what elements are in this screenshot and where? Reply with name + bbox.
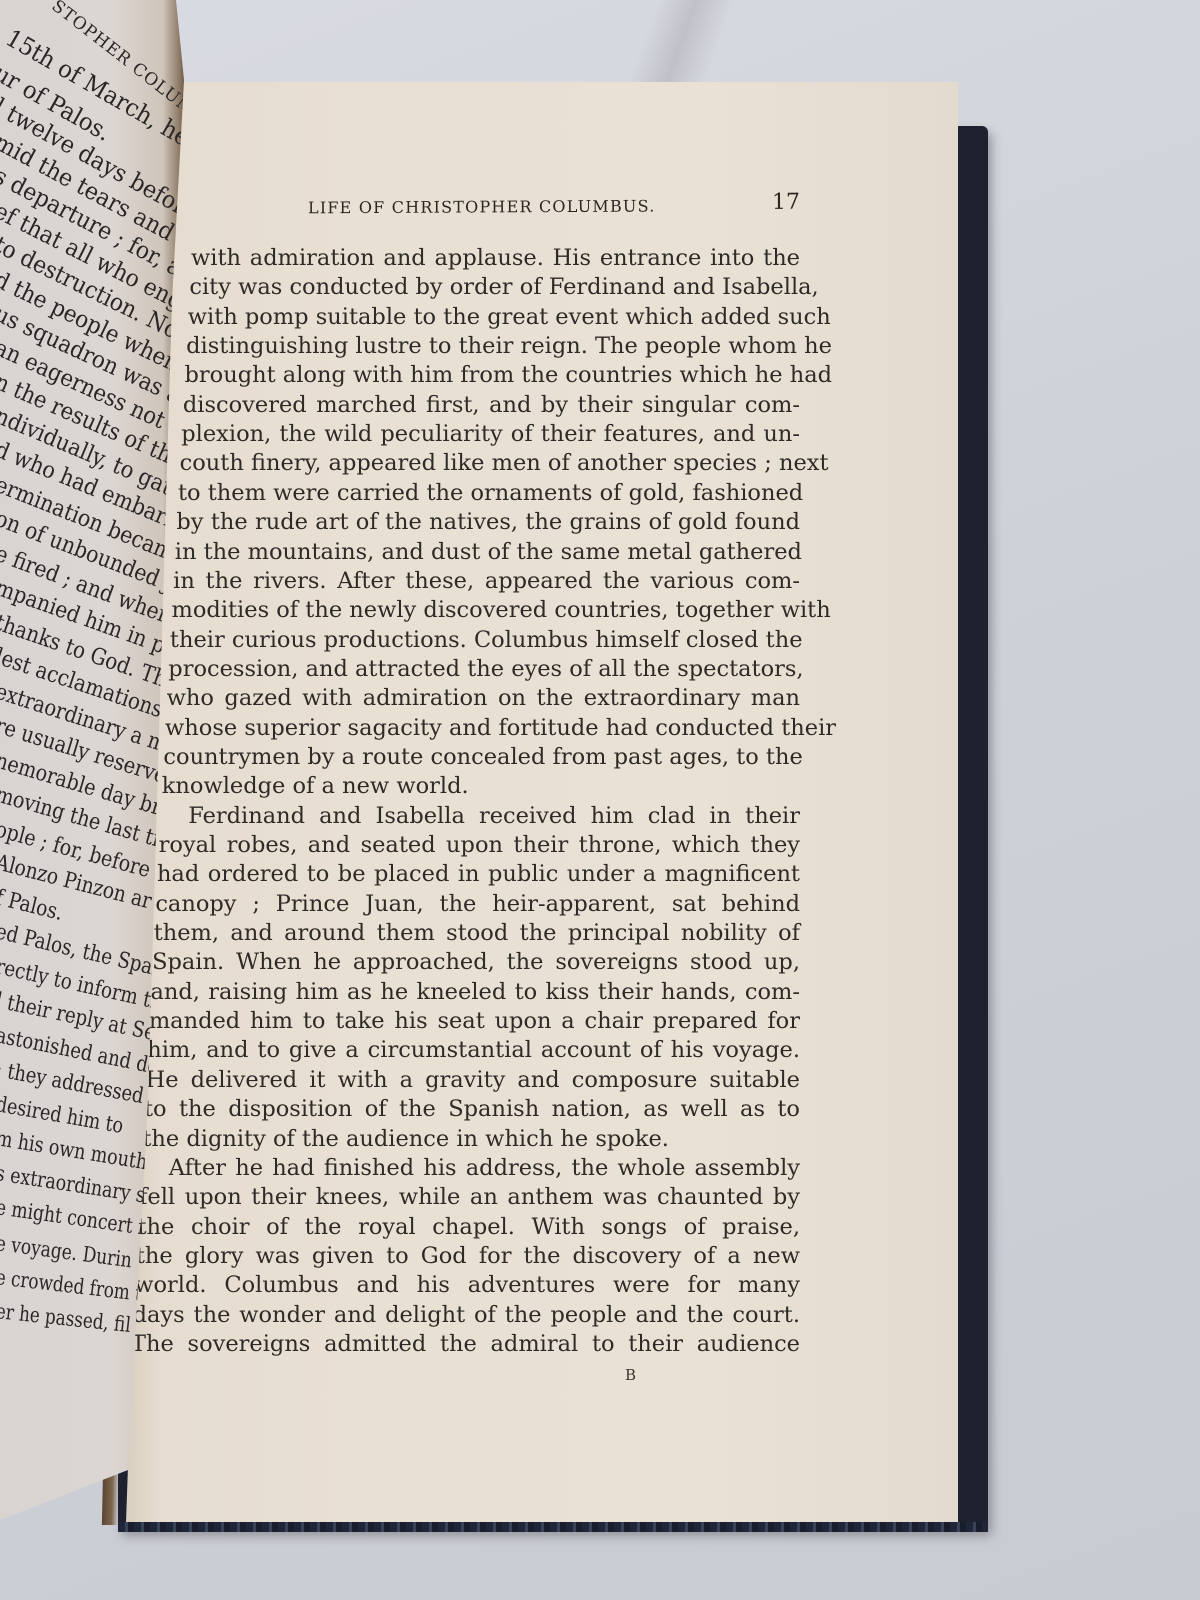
signature-mark: B bbox=[625, 1366, 636, 1384]
text-line: them, and around them stood the principa… bbox=[154, 919, 800, 947]
text-line: in the rivers. After these, appeared the… bbox=[173, 567, 800, 595]
text-line: days the wonder and delight of the peopl… bbox=[133, 1301, 800, 1329]
text-line: by the rude art of the natives, the grai… bbox=[176, 508, 800, 536]
text-line: Ferdinand and Isabella received him clad… bbox=[188, 802, 800, 830]
text-line: discovered marched first, and by their s… bbox=[183, 391, 800, 419]
text-line: in the mountains, and dust of the same m… bbox=[175, 538, 800, 566]
text-line: couth finery, appeared like men of anoth… bbox=[180, 449, 800, 477]
text-line: with pomp suitable to the great event wh… bbox=[188, 303, 800, 331]
text-line: fell upon their knees, while an anthem w… bbox=[139, 1183, 800, 1211]
text-line: city was conducted by order of Ferdinand… bbox=[189, 273, 800, 301]
text-line: whose superior sagacity and fortitude ha… bbox=[165, 714, 800, 742]
text-line: and, raising him as he kneeled to kiss t… bbox=[150, 978, 800, 1006]
text-line: brought along with him from the countrie… bbox=[185, 361, 800, 389]
text-line: The sovereigns admitted the admiral to t… bbox=[131, 1330, 800, 1358]
text-line: to the disposition of the Spanish nation… bbox=[144, 1095, 800, 1123]
text-line: Spain. When he approached, the sovereign… bbox=[152, 948, 800, 976]
text-line: He delivered it with a gravity and compo… bbox=[146, 1066, 800, 1094]
text-line: him, and to give a circumstantial accoun… bbox=[147, 1036, 800, 1064]
book-cover-marbled-edge bbox=[118, 1522, 988, 1532]
left-text-line: e crowded from th bbox=[0, 1264, 154, 1307]
table-surface-stain bbox=[600, 0, 760, 90]
text-line: the glory was given to God for the disco… bbox=[136, 1242, 800, 1270]
text-line: world. Columbus and his adventures were … bbox=[134, 1271, 800, 1299]
text-line: with admiration and applause. His entran… bbox=[191, 244, 800, 272]
text-line: royal robes, and seated upon their thron… bbox=[159, 831, 800, 859]
left-text-line: er he passed, fil bbox=[0, 1299, 132, 1337]
text-line: countrymen by a route concealed from pas… bbox=[163, 743, 800, 771]
text-line: to them were carried the ornaments of go… bbox=[178, 479, 800, 507]
text-line: manded him to take his seat upon a chair… bbox=[149, 1007, 800, 1035]
running-head-title: LIFE OF CHRISTOPHER COLUMBUS. bbox=[308, 196, 656, 217]
text-line: After he had finished his address, the w… bbox=[169, 1154, 800, 1182]
text-line: the choir of the royal chapel. With song… bbox=[137, 1213, 800, 1241]
text-line: canopy ; Prince Juan, the heir-apparent,… bbox=[155, 890, 800, 918]
text-line: their curious productions. Columbus hims… bbox=[170, 626, 800, 654]
text-line: the dignity of the audience in which he … bbox=[142, 1125, 800, 1153]
text-line: procession, and attracted the eyes of al… bbox=[168, 655, 800, 683]
text-line: plexion, the wild peculiarity of their f… bbox=[181, 420, 800, 448]
text-line: modities of the newly discovered countri… bbox=[172, 596, 800, 624]
running-head: LIFE OF CHRISTOPHER COLUMBUS. 17 bbox=[308, 192, 808, 223]
text-line: knowledge of a new world. bbox=[162, 772, 800, 800]
page-number: 17 bbox=[772, 190, 800, 215]
text-line: had ordered to be placed in public under… bbox=[157, 860, 800, 888]
text-line: distinguishing lustre to their reign. Th… bbox=[186, 332, 800, 360]
text-line: who gazed with admiration on the extraor… bbox=[167, 684, 800, 712]
